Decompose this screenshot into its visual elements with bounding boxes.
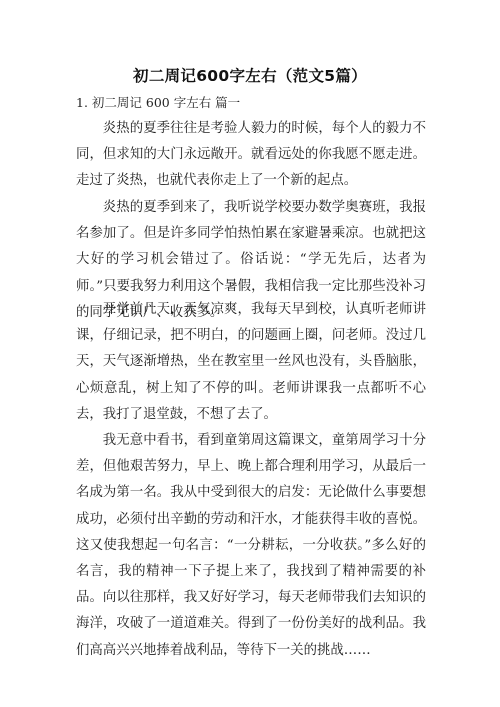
paragraph-4: 我无意中看书，看到童第周这篇课文，童第周学习十分差，但他艰苦努力，早上、晚上都合… xyxy=(76,428,426,664)
document-title: 初二周记600字左右（范文5篇） xyxy=(0,64,500,86)
paragraph-1: 炎热的夏季往往是考验人毅力的时候，每个人的毅力不同，但求知的大门永远敞开。就看远… xyxy=(76,116,426,195)
paragraph-3: 开学前几天，天气凉爽，我每天早到校，认真听老师讲课，仔细记录，把不明白，的问题画… xyxy=(76,297,426,428)
document-page: 初二周记600字左右（范文5篇） 1. 初二周记 600 字左右 篇一 炎热的夏… xyxy=(0,0,500,707)
section-heading: 1. 初二周记 600 字左右 篇一 xyxy=(76,93,240,111)
